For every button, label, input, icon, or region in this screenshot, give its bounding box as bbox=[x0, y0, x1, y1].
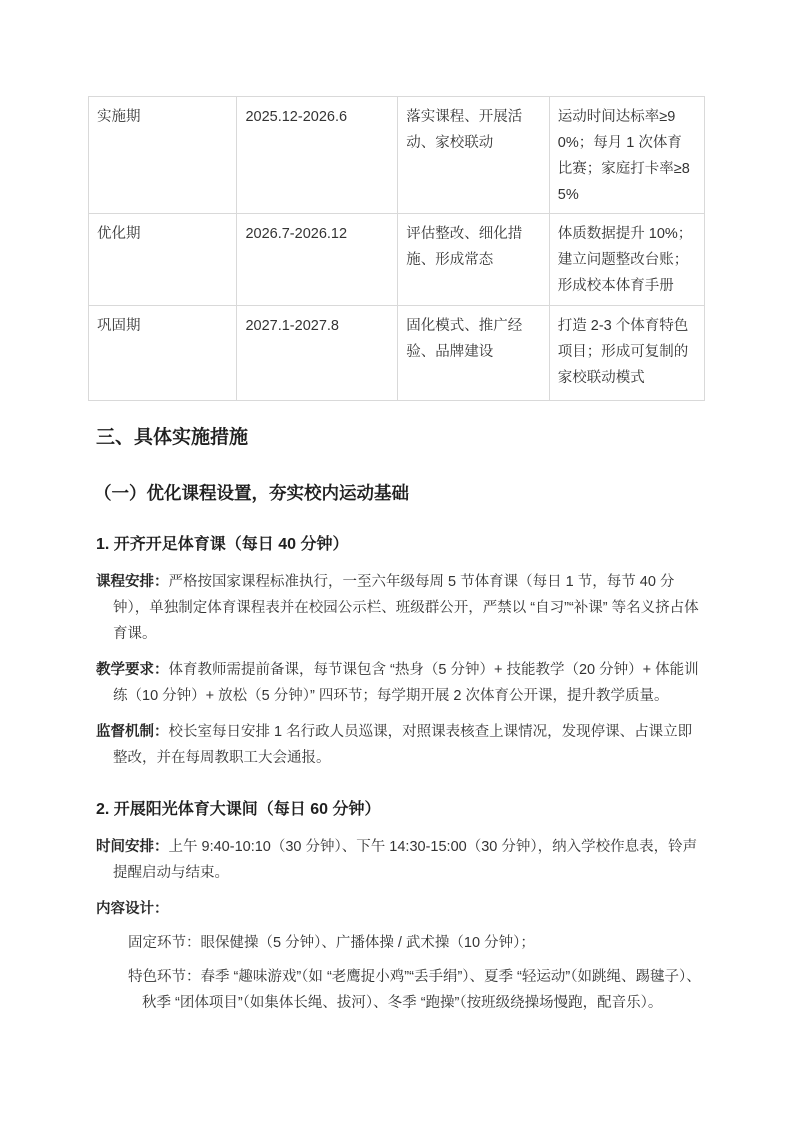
list-item-text: 春季 “趣味游戏”（如 “老鹰捉小鸡”“丢手绢”）、夏季 “轻运动”（如跳绳、踢… bbox=[142, 969, 701, 1011]
table-row-optimization-phase: 优化期 2026.7-2026.12 评估整改、细化措施、形成常态 体质数据提升… bbox=[89, 214, 705, 306]
phase-targets-cell: 打造 2-3 个体育特色项目；形成可复制的家校联动模式 bbox=[549, 306, 704, 401]
item-heading-pe-class: 1. 开齐开足体育课（每日 40 分钟） bbox=[96, 533, 705, 556]
implementation-phase-table: 实施期 2025.12-2026.6 落实课程、开展活动、家校联动 运动时间达标… bbox=[88, 96, 705, 401]
paragraph-label: 监督机制： bbox=[96, 724, 169, 740]
phase-period-cell: 2025.12-2026.6 bbox=[237, 97, 398, 214]
paragraph-label: 内容设计： bbox=[96, 901, 169, 917]
paragraph-label: 课程安排： bbox=[96, 574, 169, 590]
list-item-text: 眼保健操（5 分钟）、广播体操 / 武术操（10 分钟）； bbox=[201, 935, 535, 951]
paragraph-label: 时间安排： bbox=[96, 839, 169, 855]
phase-tasks-cell: 固化模式、推广经验、品牌建设 bbox=[398, 306, 550, 401]
phase-name-cell: 巩固期 bbox=[89, 306, 237, 401]
phase-period-cell: 2027.1-2027.8 bbox=[237, 306, 398, 401]
phase-period-cell: 2026.7-2026.12 bbox=[237, 214, 398, 306]
paragraph-text: 上午 9:40-10:10（30 分钟）、下午 14:30-15:00（30 分… bbox=[113, 839, 697, 881]
list-item-label: 特色环节： bbox=[128, 969, 201, 985]
paragraph-content-design: 内容设计： bbox=[96, 896, 705, 922]
phase-tasks-cell: 落实课程、开展活动、家校联动 bbox=[398, 97, 550, 214]
phase-targets-cell: 体质数据提升 10%；建立问题整改台账；形成校本体育手册 bbox=[549, 214, 704, 306]
phase-targets-cell: 运动时间达标率≥90%；每月 1 次体育比赛；家庭打卡率≥85% bbox=[549, 97, 704, 214]
subsection-heading-curriculum: （一）优化课程设置，夯实校内运动基础 bbox=[94, 480, 705, 506]
list-item-special-segment: 特色环节：春季 “趣味游戏”（如 “老鹰捉小鸡”“丢手绢”）、夏季 “轻运动”（… bbox=[128, 964, 705, 1016]
paragraph-time-arrangement: 时间安排：上午 9:40-10:10（30 分钟）、下午 14:30-15:00… bbox=[96, 834, 705, 886]
document-page: 实施期 2025.12-2026.6 落实课程、开展活动、家校联动 运动时间达标… bbox=[0, 0, 793, 1122]
phase-name-cell: 优化期 bbox=[89, 214, 237, 306]
item-heading-recess-exercise: 2. 开展阳光体育大课间（每日 60 分钟） bbox=[96, 798, 705, 821]
list-item-fixed-segment: 固定环节：眼保健操（5 分钟）、广播体操 / 武术操（10 分钟）； bbox=[128, 930, 705, 956]
paragraph-text: 体育教师需提前备课，每节课包含 “热身（5 分钟）+ 技能教学（20 分钟）+ … bbox=[113, 662, 699, 704]
paragraph-text: 严格按国家课程标准执行，一至六年级每周 5 节体育课（每日 1 节，每节 40 … bbox=[113, 574, 699, 642]
paragraph-curriculum-arrangement: 课程安排：严格按国家课程标准执行，一至六年级每周 5 节体育课（每日 1 节，每… bbox=[96, 569, 705, 647]
paragraph-teaching-requirements: 教学要求：体育教师需提前备课，每节课包含 “热身（5 分钟）+ 技能教学（20 … bbox=[96, 657, 705, 709]
list-item-label: 固定环节： bbox=[128, 935, 201, 951]
phase-name-cell: 实施期 bbox=[89, 97, 237, 214]
phase-tasks-cell: 评估整改、细化措施、形成常态 bbox=[398, 214, 550, 306]
paragraph-label: 教学要求： bbox=[96, 662, 169, 678]
section-heading-measures: 三、具体实施措施 bbox=[96, 424, 705, 451]
table-row-consolidation-phase: 巩固期 2027.1-2027.8 固化模式、推广经验、品牌建设 打造 2-3 … bbox=[89, 306, 705, 401]
paragraph-supervision-mechanism: 监督机制：校长室每日安排 1 名行政人员巡课，对照课表核查上课情况，发现停课、占… bbox=[96, 719, 705, 771]
paragraph-text: 校长室每日安排 1 名行政人员巡课，对照课表核查上课情况，发现停课、占课立即整改… bbox=[113, 724, 692, 766]
table-row-implementation-phase: 实施期 2025.12-2026.6 落实课程、开展活动、家校联动 运动时间达标… bbox=[89, 97, 705, 214]
